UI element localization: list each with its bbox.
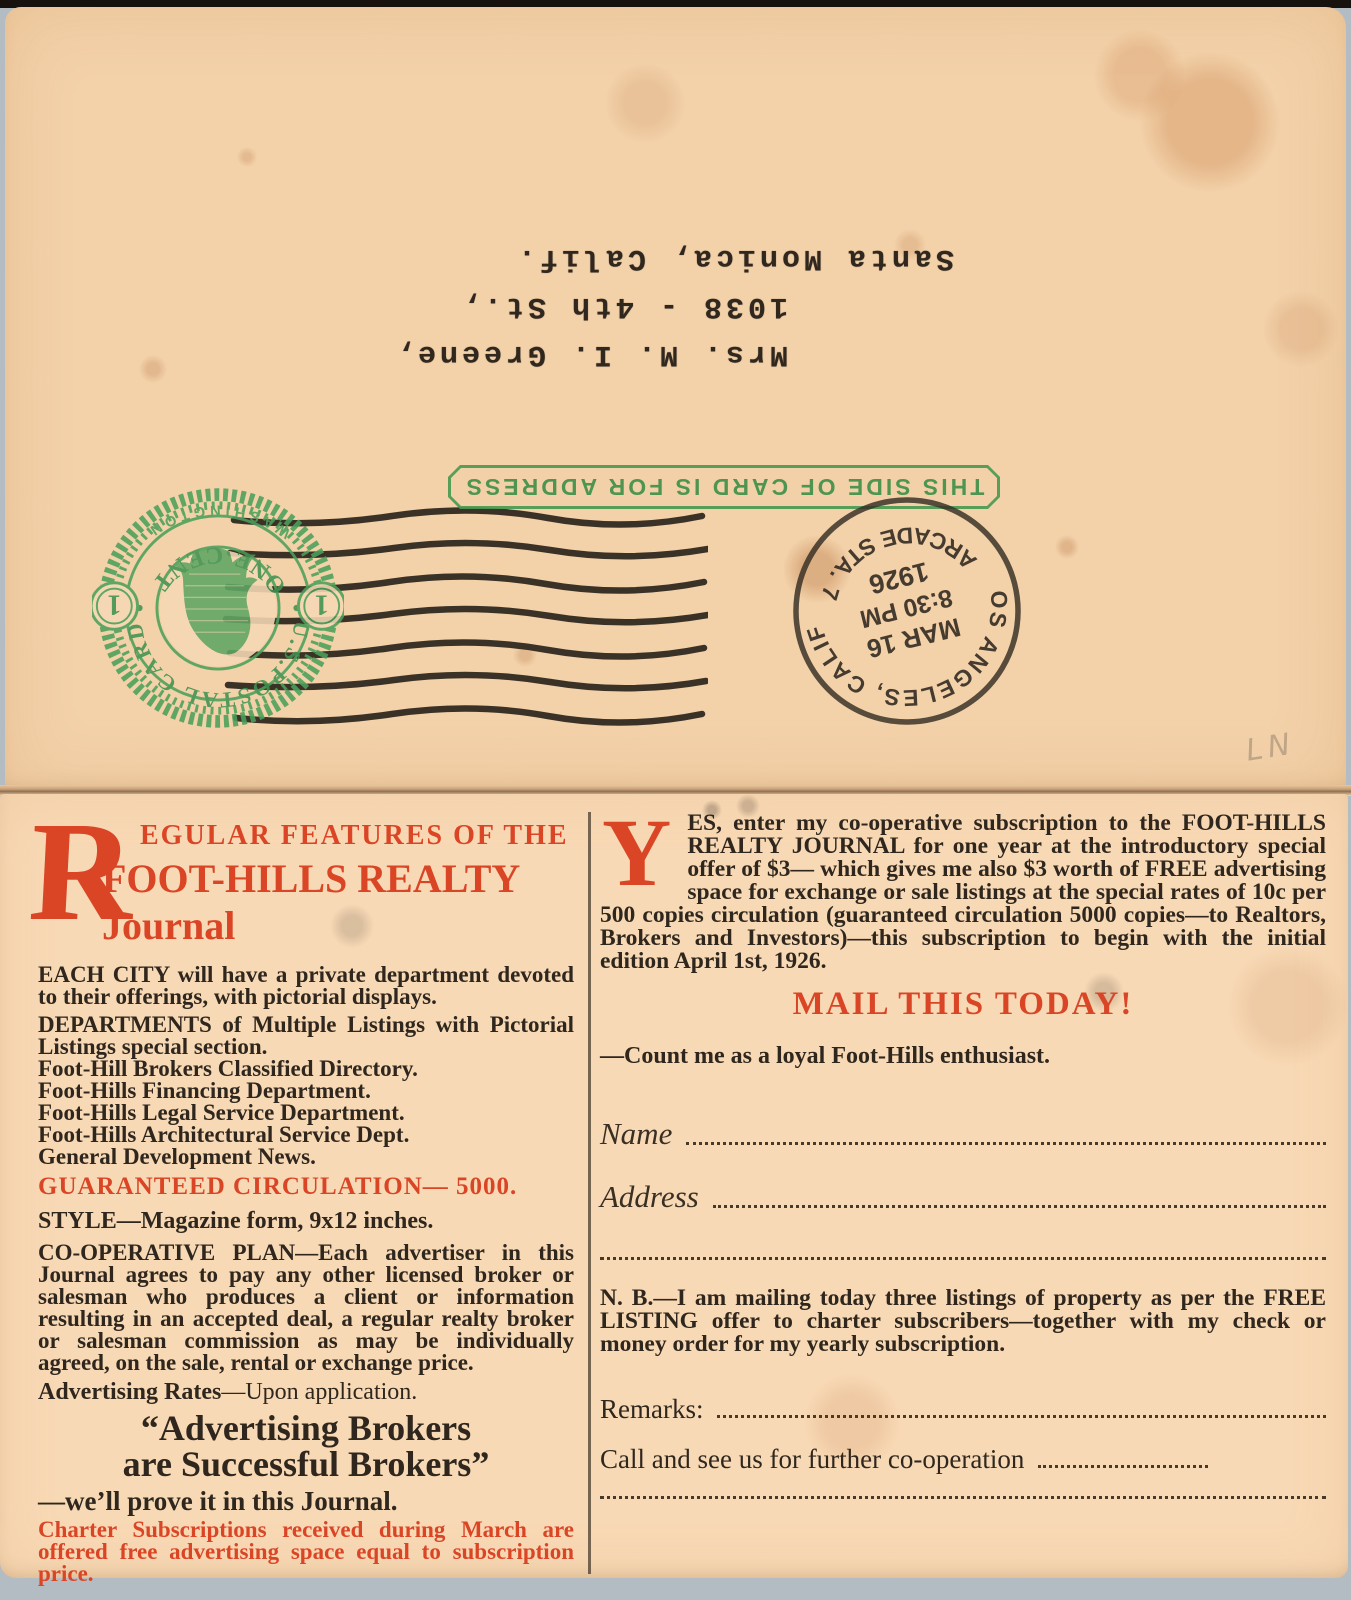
count-me-line: —Count me as a loyal Foot-Hills enthusia… [600, 1043, 1326, 1070]
stamp-denomination-left: 1 [298, 583, 344, 630]
feature-item: Foot-Hills Financing Department. [38, 1080, 574, 1102]
svg-text:ARCADE STA. 7: ARCADE STA. 7 [803, 505, 985, 611]
yes-paragraph: YES, enter my co-operative subscription … [600, 812, 1326, 973]
each-city-paragraph: EACH CITY will have a private department… [38, 964, 574, 1008]
postcard-scan: THIS SIDE OF CARD IS FOR ADDRESS LOS ANG… [0, 0, 1351, 1600]
name-field-row: Name [600, 1116, 1326, 1152]
yes-paragraph-text: ES, enter my co-operative subscription t… [600, 810, 1326, 974]
call-fill-line [1038, 1465, 1208, 1468]
charter-note: Charter Subscriptions received during Ma… [38, 1519, 574, 1585]
dropcap-y: Y [602, 816, 671, 890]
stamp-denomination-right: 1 [92, 583, 138, 630]
address-label: Address [600, 1179, 699, 1215]
remarks-fill-line [717, 1415, 1326, 1418]
guaranteed-circulation-line: GUARANTEED CIRCULATION— 5000. [38, 1173, 574, 1201]
quote-line-2: are Successful Brokers” [38, 1446, 574, 1482]
address-face-rotated: THIS SIDE OF CARD IS FOR ADDRESS LOS ANG… [5, 7, 1346, 794]
advertising-rates-line: Advertising Rates—Upon application. [38, 1379, 574, 1406]
heading-large: FOOT-HILLS REALTY Journal [102, 855, 574, 949]
features-list: Foot-Hill Brokers Classified Directory. … [38, 1058, 574, 1168]
message-side: R EGULAR FEATURES OF THE FOOT-HILLS REAL… [0, 794, 1348, 1578]
remarks-label: Remarks: [600, 1394, 703, 1425]
column-divider [588, 812, 591, 1574]
quote-line-1: “Advertising Brokers [38, 1410, 574, 1446]
rates-bold: Advertising Rates [38, 1379, 221, 1405]
address-fill-line-2 [600, 1257, 1326, 1260]
address-fill-line [713, 1205, 1326, 1208]
postmark-station: ARCADE STA. 7 [803, 505, 985, 611]
svg-text:1: 1 [314, 588, 329, 620]
feature-item: Foot-Hills Legal Service Department. [38, 1102, 574, 1124]
call-line: Call and see us for further co-operation [600, 1444, 1024, 1475]
address-line: Mrs. M. I. Greene, [354, 330, 954, 378]
feature-item: Foot-Hill Brokers Classified Directory. [38, 1058, 574, 1080]
feature-item: Foot-Hills Architectural Service Dept. [38, 1124, 574, 1146]
address-field-row: Address [600, 1179, 1326, 1215]
typed-address: Mrs. M. I. Greene, 1038 - 4th St., Santa… [354, 234, 954, 378]
departments-paragraph: DEPARTMENTS of Multiple Listings with Pi… [38, 1014, 574, 1058]
mail-this-today: MAIL THIS TODAY! [600, 986, 1326, 1023]
cooperative-plan-paragraph: CO-OPERATIVE PLAN—Each advertiser in thi… [38, 1242, 574, 1374]
features-heading: R EGULAR FEATURES OF THE FOOT-HILLS REAL… [38, 820, 574, 949]
bottom-fill-line [600, 1496, 1326, 1499]
name-label: Name [600, 1116, 672, 1152]
remarks-field-row: Remarks: [600, 1394, 1326, 1425]
style-line: STYLE—Magazine form, 9x12 inches. [38, 1208, 574, 1235]
name-fill-line [686, 1142, 1326, 1145]
address-side: THIS SIDE OF CARD IS FOR ADDRESS LOS ANG… [5, 7, 1346, 794]
rates-rest: —Upon application. [221, 1379, 417, 1405]
heading-small: EGULAR FEATURES OF THE [140, 820, 574, 852]
feature-item: General Development News. [38, 1146, 574, 1168]
prove-line: —we’ll prove it in this Journal. [38, 1486, 574, 1517]
one-cent-stamp: U.S.POSTAL CARD ONE CENT 1 1 [92, 462, 344, 754]
svg-text:1: 1 [107, 588, 122, 620]
subscription-column: YES, enter my co-operative subscription … [600, 812, 1326, 1499]
nb-paragraph: N. B.—I am mailing today three listings … [600, 1287, 1326, 1356]
dropcap-r: R [27, 816, 135, 926]
call-line-row: Call and see us for further co-operation [600, 1444, 1326, 1475]
address-line: Santa Monica, Calif. [354, 234, 954, 282]
features-column: R EGULAR FEATURES OF THE FOOT-HILLS REAL… [38, 806, 574, 1585]
address-line: 1038 - 4th St., [354, 282, 954, 330]
